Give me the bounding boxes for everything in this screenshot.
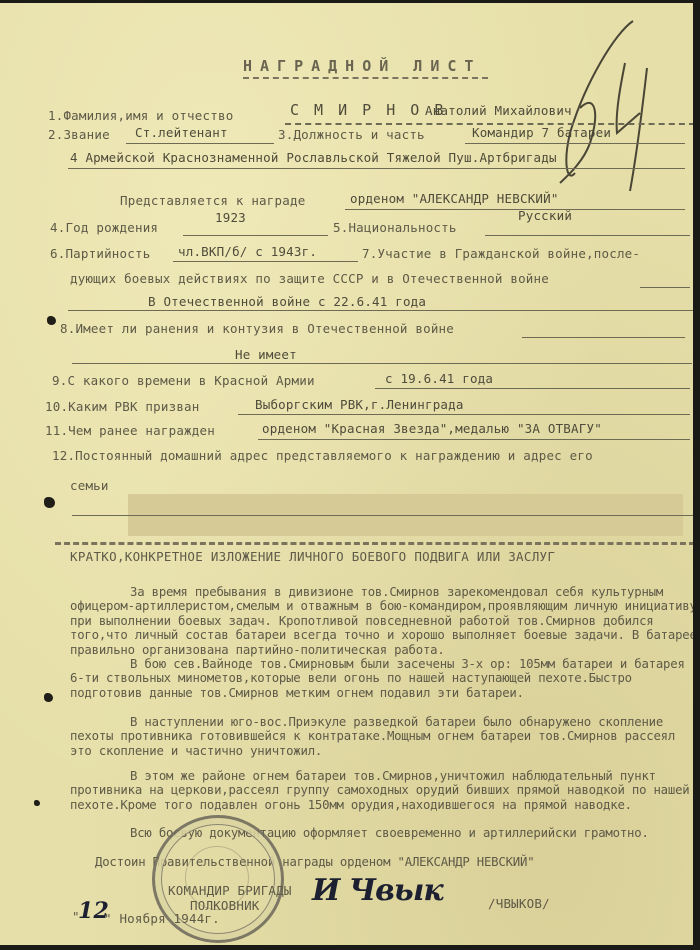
field-8-value: Не имеет <box>235 347 297 362</box>
field-2-line <box>126 143 274 144</box>
field-8-line <box>72 363 692 364</box>
field-8-label: 8.Имеет ли ранения и контузия в Отечеств… <box>60 321 454 336</box>
field-9-value: с 19.6.41 года <box>385 371 493 386</box>
field-11-label: 11.Чем ранее награжден <box>45 423 215 438</box>
award-value: орденом "АЛЕКСАНДР НЕВСКИЙ" <box>350 191 559 206</box>
field-11-line <box>258 439 690 440</box>
field-10-label: 10.Каким РВК призван <box>45 399 200 414</box>
field-8-line-end <box>522 337 685 338</box>
field-7-label: 7.Участие в Гражданской войне,после- <box>362 246 640 261</box>
field-7-value: В Отечественной войне с 22.6.41 года <box>148 294 426 309</box>
punch-hole <box>44 497 55 508</box>
field-2-value: Ст.лейтенант <box>135 125 228 140</box>
field-1-label: 1.Фамилия,имя и отчество <box>48 108 233 123</box>
field-5-line <box>485 235 690 236</box>
field-1-name: Анатолий Михайлович <box>425 103 572 118</box>
field-12-label: 12.Постоянный домашний адрес представляе… <box>52 448 593 463</box>
punch-hole <box>44 693 53 702</box>
document-title: НАГРАДНОЙ ЛИСТ <box>243 57 481 75</box>
field-7-line-end <box>640 287 690 288</box>
date-rest: " Ноября 1944г. <box>104 911 220 926</box>
field-4-value: 1923 <box>215 210 246 225</box>
field-3-label: 3.Должность и часть <box>278 127 425 142</box>
commander-name: /ЧВЫКОВ/ <box>488 896 550 911</box>
field-3-unit-line <box>68 168 685 169</box>
commander-role: КОМАНДИР БРИГАДЫ <box>168 883 292 898</box>
field-10-line <box>238 414 690 415</box>
award-line <box>345 209 685 210</box>
field-3-unit: 4 Армейской Краснознаменной Рославльской… <box>70 150 557 165</box>
field-6-label: 6.Партийность <box>50 246 150 261</box>
field-4-line <box>183 235 328 236</box>
paragraph-2: В бою сев.Вайноде тов.Смирновым были зас… <box>70 657 693 700</box>
field-1-surname: С М И Р Н О В <box>290 101 446 119</box>
field-9-line <box>375 388 690 389</box>
paragraph-4: В этом же районе огнем батареи тов.Смирн… <box>70 769 693 812</box>
award-sheet: НАГРАДНОЙ ЛИСТ 1.Фамилия,имя и отчество … <box>0 3 693 945</box>
punch-hole <box>47 316 56 325</box>
field-5-value: Русский <box>518 208 572 223</box>
paragraph-1: За время пребывания в дивизионе тов.Смир… <box>70 585 693 657</box>
field-2-label: 2.Звание <box>48 127 110 142</box>
field-3-line <box>465 143 685 144</box>
field-9-label: 9.С какого времени в Красной Армии <box>52 373 315 388</box>
field-11-value: орденом "Красная Звезда",медалью "ЗА ОТВ… <box>262 421 602 436</box>
field-12-line <box>72 515 693 516</box>
field-10-value: Выборгским РВК,г.Ленинграда <box>255 397 464 412</box>
commander-signature: И Чвык <box>312 873 443 908</box>
field-5-label: 5.Национальность <box>333 220 457 235</box>
section-separator <box>55 542 693 545</box>
field-4-label: 4.Год рождения <box>50 220 158 235</box>
paragraph-3: В наступлении юго-вос.Приэкуле разведкой… <box>70 715 693 758</box>
field-7-label-cont: дующих боевых действиях по защите СССР и… <box>70 271 549 286</box>
field-12-label-cont: семьи <box>70 478 109 493</box>
field-6-value: чл.ВКП/б/ с 1943г. <box>178 244 317 259</box>
punch-hole <box>34 800 40 806</box>
award-label: Представляется к награде <box>120 193 305 208</box>
field-3-value: Командир 7 батареи <box>472 125 611 140</box>
field-6-line <box>173 261 358 262</box>
paragraph-5: Всю боевую документацию оформляет своевр… <box>70 826 693 840</box>
field-7-line <box>68 310 693 311</box>
title-underline <box>243 77 488 82</box>
summary-heading: КРАТКО,КОНКРЕТНОЕ ИЗЛОЖЕНИЕ ЛИЧНОГО БОЕВ… <box>70 549 555 564</box>
